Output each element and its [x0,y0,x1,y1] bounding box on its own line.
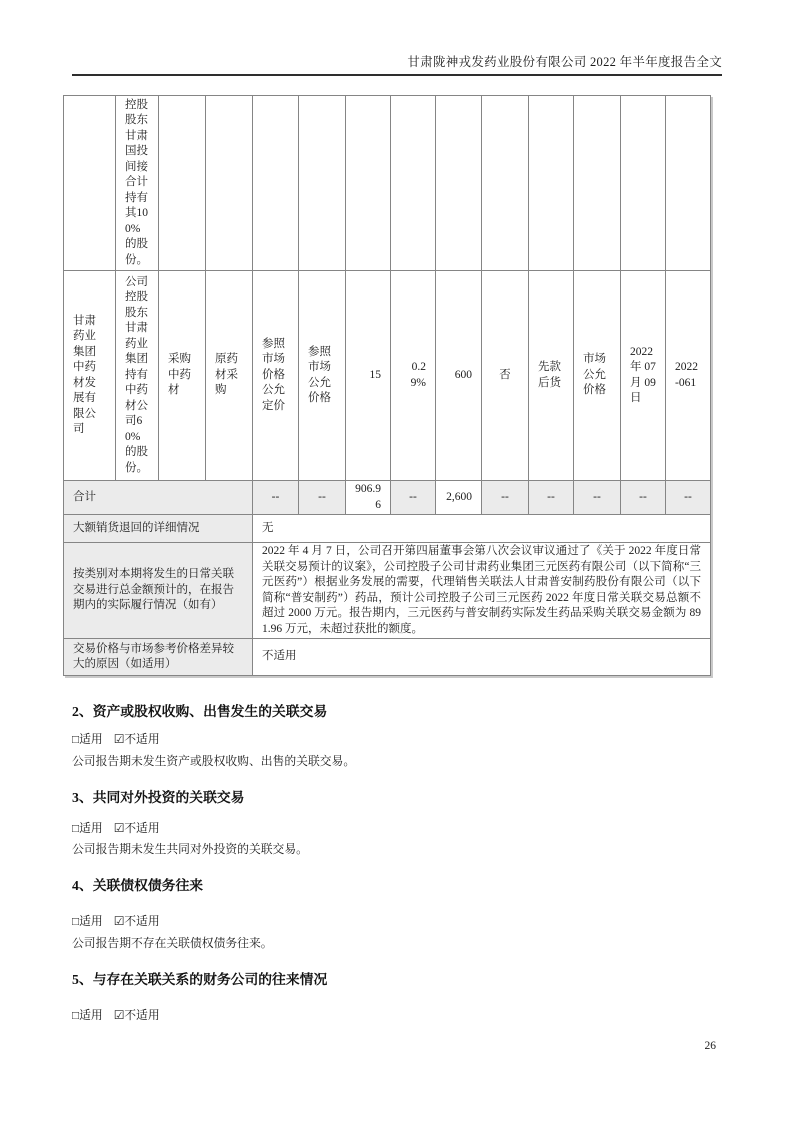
section-body-4: 公司报告期不存在关联债权债务往来。 [72,934,722,951]
applicability-line-4: □适用 ☑不适用 [72,912,722,929]
total-cell: -- [574,481,621,515]
cell-empty [666,96,711,271]
cell-ratio: 0.29% [391,271,436,481]
total-cell: -- [482,481,529,515]
page-number: 26 [63,1040,716,1052]
cell-transaction-content: 原药材采购 [206,271,253,481]
total-cell: -- [666,481,711,515]
detail-label-price-difference: 交易价格与市场参考价格差异较大的原因（如适用） [64,639,253,676]
total-cell: -- [253,481,299,515]
cell-empty [159,96,206,271]
applicability-line-5: □适用 ☑不适用 [72,1006,722,1023]
applicability-line-2: □适用 ☑不适用 [72,730,722,747]
section-heading-4: 4、关联债权债务往来 [72,874,722,894]
detail-value-forecast: 2022 年 4 月 7 日，公司召开第四届董事会第八次会议审议通过了《关于 2… [253,543,711,639]
cell-party: 甘肃药业集团中药材发展有限公司 [64,271,116,481]
applicability-line-3: □适用 ☑不适用 [72,819,722,836]
cell-disclosure-date: 2022 年 07 月 09 日 [621,271,666,481]
cell-settlement-method: 先款后货 [529,271,574,481]
checkbox-unchecked-applicable: □适用 [72,821,103,835]
table-row-total: 合计 -- -- 906.96 -- 2,600 -- -- -- -- -- [64,481,711,515]
report-page: 甘肃陇神戎发药业股份有限公司 2022 年半年度报告全文 控股股东甘肃国投间接合… [0,0,793,1122]
cell-transaction-type: 采购中药材 [159,271,206,481]
cell-empty [621,96,666,271]
section-body-2: 公司报告期未发生资产或股权收购、出售的关联交易。 [72,752,722,769]
table-row-continuation: 控股股东甘肃国投间接合计持有其100%的股份。 [64,96,711,271]
table-row-sales-returns: 大额销货退回的详细情况 无 [64,515,711,543]
cell-empty [206,96,253,271]
page-header-title: 甘肃陇神戎发药业股份有限公司 2022 年半年度报告全文 [72,52,722,70]
section-heading-2: 2、资产或股权收购、出售发生的关联交易 [72,700,722,720]
section-heading-5: 5、与存在关联关系的财务公司的往来情况 [72,968,722,988]
section-heading-3: 3、共同对外投资的关联交易 [72,786,722,806]
header-rule [72,74,722,76]
total-label: 合计 [64,481,253,515]
total-cell: -- [391,481,436,515]
cell-empty [391,96,436,271]
cell-relationship: 公司控股股东甘肃药业集团持有中药材公司60%的股份。 [116,271,159,481]
checkbox-checked-not-applicable: ☑不适用 [114,1008,160,1022]
detail-label-forecast: 按类别对本期将发生的日常关联交易进行总金额预计的，在报告期内的实际履行情况（如有… [64,543,253,639]
cell-transaction-amount: 15 [346,271,391,481]
checkbox-checked-not-applicable: ☑不适用 [114,821,160,835]
total-cell: -- [299,481,346,515]
cell-approved-quota: 600 [436,271,482,481]
cell-transaction-price: 参照市场公允价格 [299,271,346,481]
checkbox-unchecked-applicable: □适用 [72,914,103,928]
section-body-3: 公司报告期未发生共同对外投资的关联交易。 [72,840,722,857]
related-transactions-table: 控股股东甘肃国投间接合计持有其100%的股份。 甘肃药业集团中药材发展有限公司 … [63,95,711,676]
cell-empty [482,96,529,271]
cell-empty [574,96,621,271]
checkbox-checked-not-applicable: ☑不适用 [114,732,160,746]
detail-label-sales-returns: 大额销货退回的详细情况 [64,515,253,543]
cell-pricing-principle: 参照市场价格公允定价 [253,271,299,481]
total-amount: 906.96 [346,481,391,515]
cell-disclosure-index: 2022-061 [666,271,711,481]
total-approved-quota: 2,600 [436,481,482,515]
total-cell: -- [529,481,574,515]
detail-value-price-difference: 不适用 [253,639,711,676]
cell-relationship-note: 控股股东甘肃国投间接合计持有其100%的股份。 [116,96,159,271]
cell-empty [346,96,391,271]
checkbox-unchecked-applicable: □适用 [72,732,103,746]
cell-empty [299,96,346,271]
table-row-data: 甘肃药业集团中药材发展有限公司 公司控股股东甘肃药业集团持有中药材公司60%的股… [64,271,711,481]
checkbox-checked-not-applicable: ☑不适用 [114,914,160,928]
cell-party-empty [64,96,116,271]
cell-exceeds-quota: 否 [482,271,529,481]
cell-market-reference-price: 市场公允价格 [574,271,621,481]
total-cell: -- [621,481,666,515]
table-row-price-difference: 交易价格与市场参考价格差异较大的原因（如适用） 不适用 [64,639,711,676]
cell-empty [436,96,482,271]
checkbox-unchecked-applicable: □适用 [72,1008,103,1022]
table-row-forecast-performance: 按类别对本期将发生的日常关联交易进行总金额预计的，在报告期内的实际履行情况（如有… [64,543,711,639]
cell-empty [529,96,574,271]
cell-empty [253,96,299,271]
detail-value-sales-returns: 无 [253,515,711,543]
